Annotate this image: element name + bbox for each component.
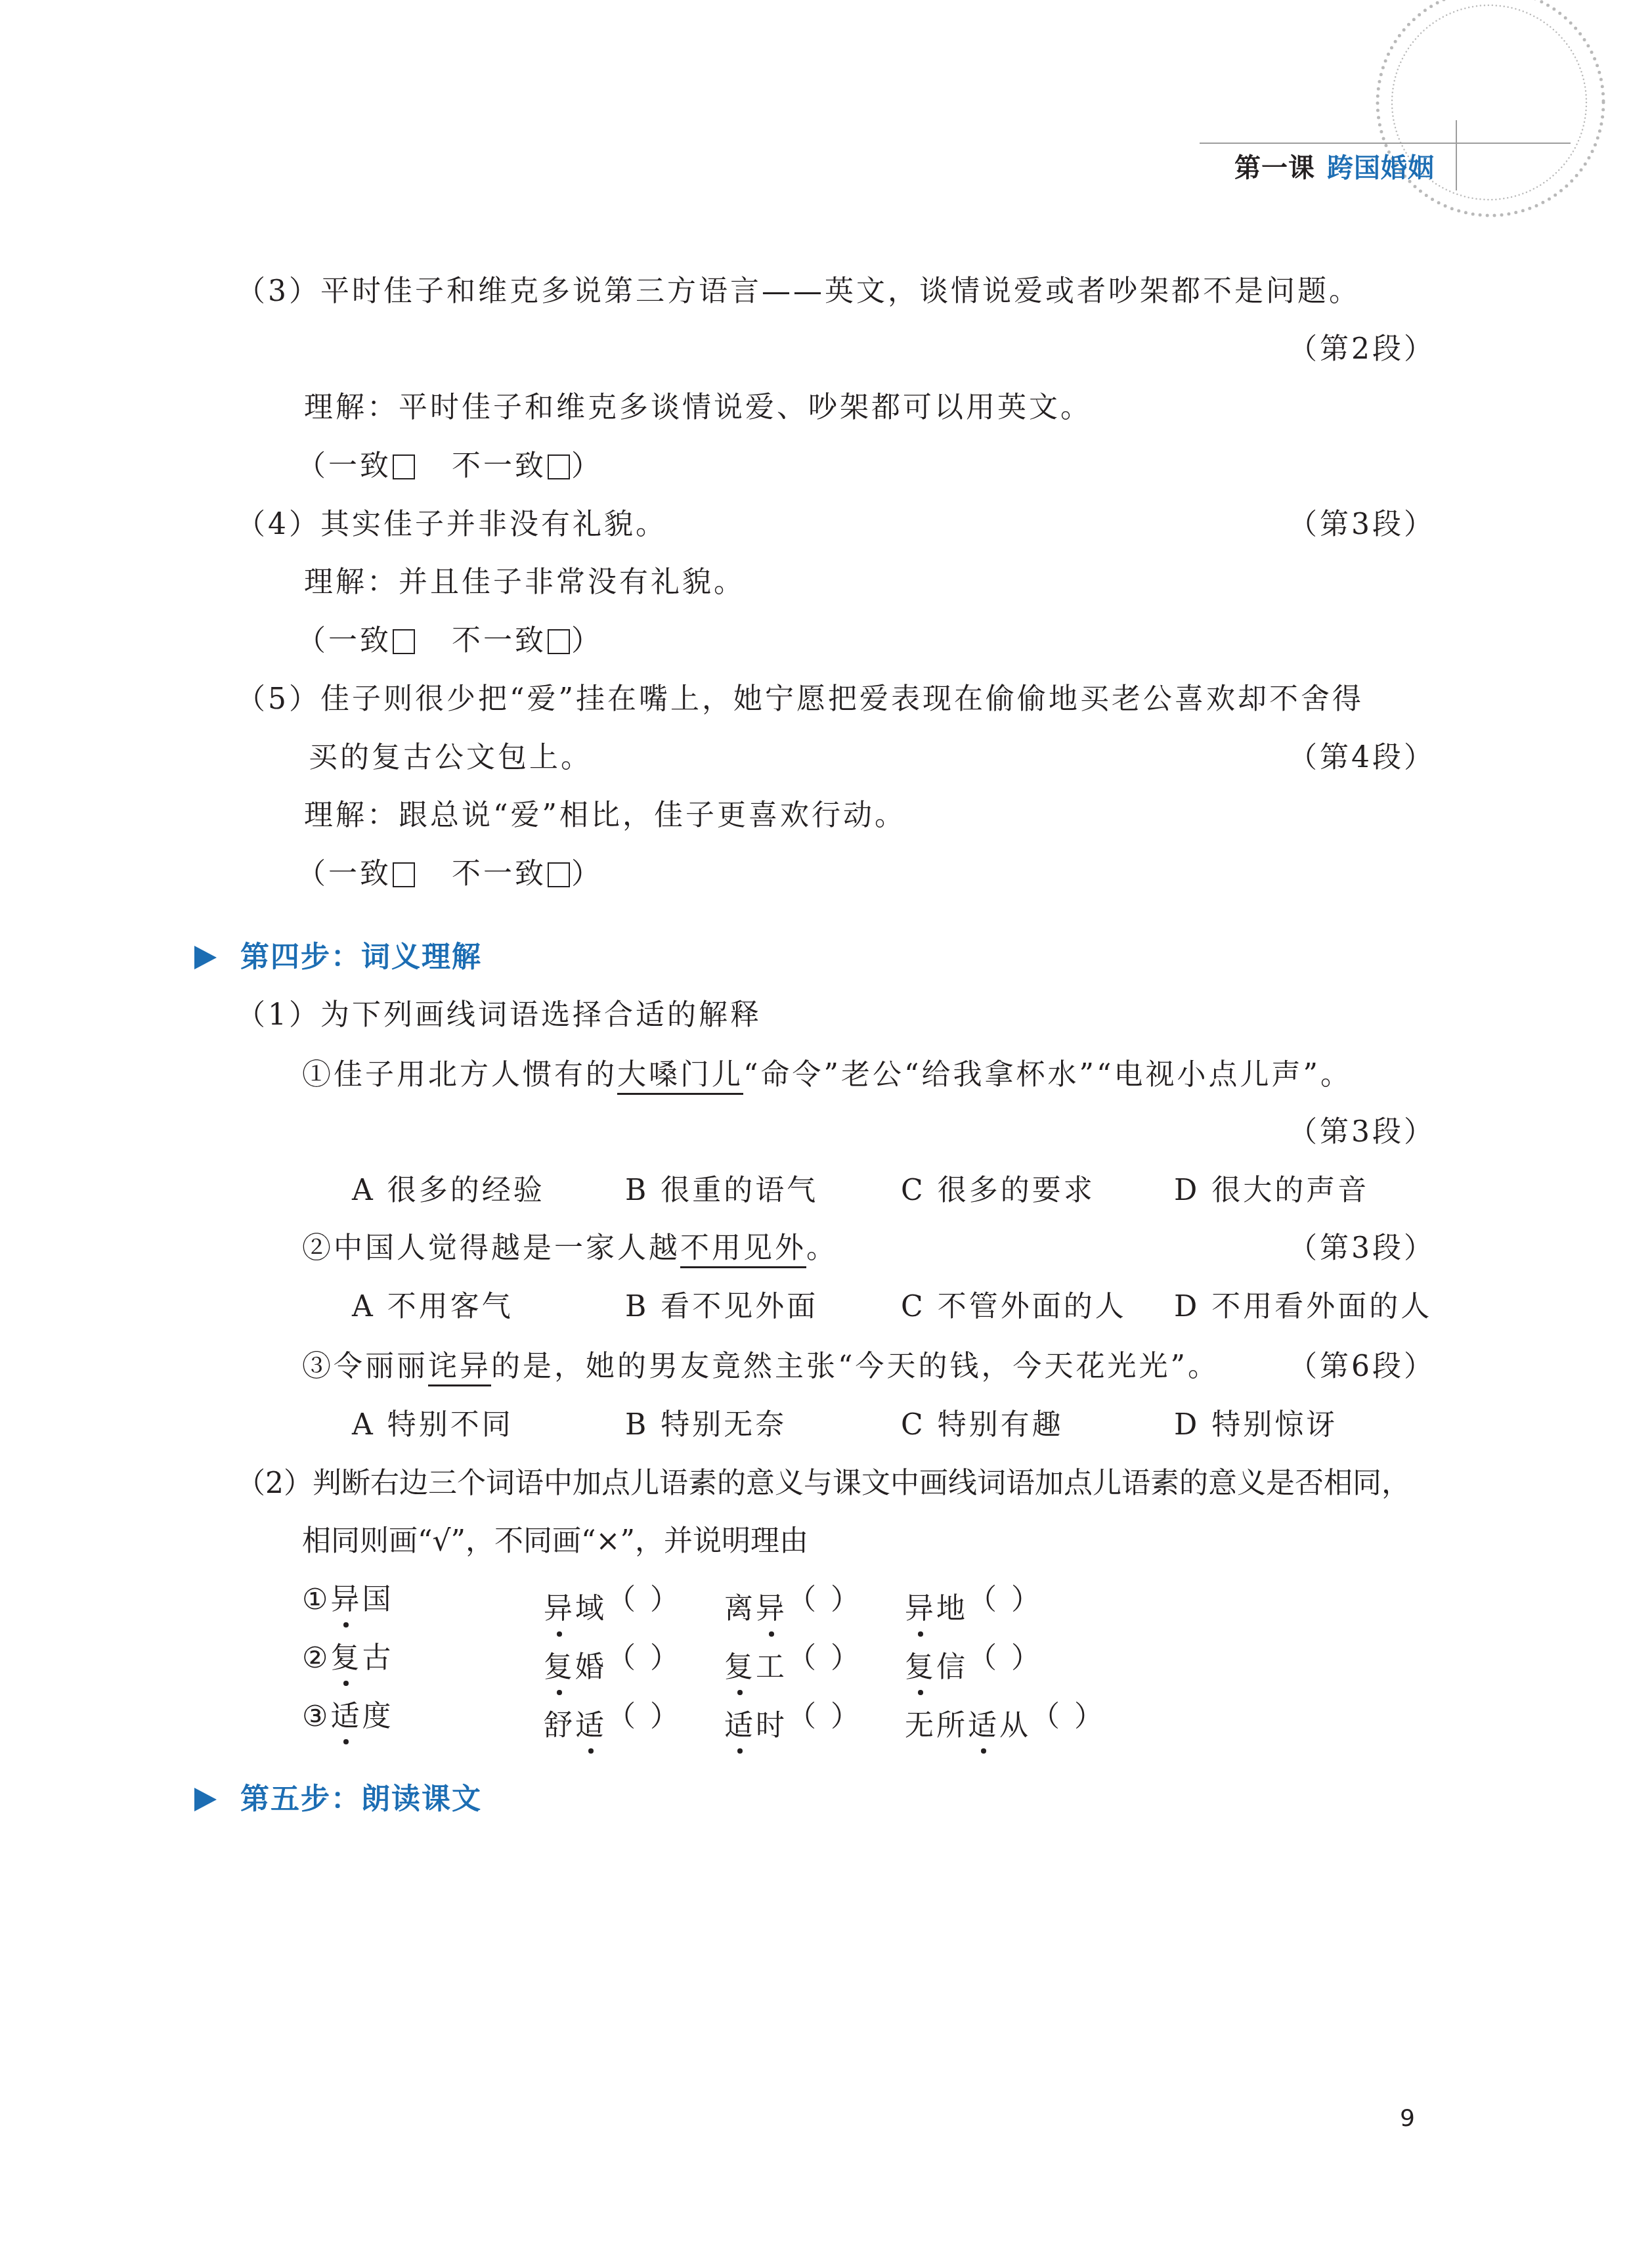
answer-blank[interactable]: （） <box>1031 1698 1103 1735</box>
close-paren: ） <box>1011 1640 1040 1677</box>
option-d[interactable]: D 特别惊讶 <box>1174 1407 1337 1444</box>
answer-blank[interactable]: （） <box>968 1640 1040 1677</box>
triangle-bullet-icon <box>194 946 217 969</box>
paragraph-ref: （第2段） <box>1288 331 1435 368</box>
paragraph-ref: （第3段） <box>1288 506 1435 543</box>
dotted-morpheme: 异 <box>905 1591 936 1627</box>
question-number: ③ <box>302 1350 334 1383</box>
item-3-understanding: 理解：平时佳子和维克多谈情说爱、吵架都可以用英文。 <box>304 389 1092 426</box>
dotted-morpheme: 适 <box>724 1708 756 1744</box>
question-3: ③令丽丽诧异的是，她的男友竟然主张“今天的钱，今天花光光”。 <box>302 1348 1219 1385</box>
word-part: 婚 <box>575 1650 607 1684</box>
header-decoration <box>0 0 1652 263</box>
close-paren: ） <box>571 449 603 483</box>
question-text: “命令”老公“给我拿杯水”“电视小点儿声”。 <box>743 1058 1352 1092</box>
row-number: ① <box>302 1583 330 1616</box>
choice-consistent-label: （一致 <box>297 857 391 891</box>
item-number: （4） <box>236 508 320 541</box>
question-1: ①佳子用北方人惯有的大嗓门儿“命令”老公“给我拿杯水”“电视小点儿声”。 <box>302 1057 1352 1094</box>
underlined-word: 大嗓门儿 <box>617 1058 743 1095</box>
compare-word: 复婚（） <box>544 1640 679 1686</box>
question-text: 中国人觉得越是一家人越 <box>334 1231 680 1265</box>
compare-word: 舒适（） <box>544 1698 679 1744</box>
item-3-sentence: （3）平时佳子和维克多说第三方语言——英文，谈情说爱或者吵架都不是问题。 <box>236 273 1360 310</box>
choice-consistent-label: （一致 <box>297 624 391 657</box>
dotted-morpheme: 复 <box>905 1649 936 1686</box>
morpheme-row-1: ①异国 异域（） 离异（） 异地（） <box>0 1582 1652 1621</box>
question-text: 。 <box>806 1231 838 1265</box>
paragraph-ref: （第6段） <box>1288 1348 1435 1385</box>
consistent-checkbox[interactable] <box>393 629 415 654</box>
close-paren: ） <box>650 1640 679 1677</box>
answer-blank[interactable]: （） <box>787 1698 859 1735</box>
item-number: （3） <box>236 275 320 308</box>
lesson-title: 跨国婚姻 <box>1327 153 1435 183</box>
close-paren: ） <box>571 624 603 657</box>
option-d[interactable]: D 不用看外面的人 <box>1174 1289 1432 1325</box>
row-number: ③ <box>302 1700 330 1733</box>
open-paren: （ <box>968 1582 997 1618</box>
question-text: 的是，她的男友竟然主张“今天的钱，今天花光光”。 <box>491 1350 1219 1383</box>
answer-blank[interactable]: （） <box>787 1640 859 1677</box>
item-5-sentence: （5）佳子则很少把“爱”挂在嘴上，她宁愿把爱表现在偷偷地买老公喜欢却不舍得 <box>236 681 1364 718</box>
target-word: ②复古 <box>302 1640 393 1677</box>
step4-title: 第四步：词义理解 <box>240 941 482 974</box>
option-b[interactable]: B 看不见外面 <box>625 1289 818 1325</box>
underlined-word: 诧异 <box>428 1350 491 1386</box>
word-part: 度 <box>362 1700 393 1733</box>
page-number: 9 <box>1400 2105 1415 2132</box>
choice-inconsistent-label: 不一致 <box>452 624 546 657</box>
part1-instruction: （1）为下列画线词语选择合适的解释 <box>236 997 762 1034</box>
step5-heading: 第五步：朗读课文 <box>194 1781 482 1818</box>
option-c[interactable]: C 很多的要求 <box>901 1172 1095 1209</box>
answer-blank[interactable]: （） <box>607 1640 679 1677</box>
underlined-word: 不用见外 <box>680 1231 806 1268</box>
paragraph-ref: （第4段） <box>1288 740 1435 776</box>
open-paren: （ <box>607 1582 636 1618</box>
word-part: 舒 <box>544 1709 575 1742</box>
target-word: ③适度 <box>302 1698 393 1735</box>
question-2-options: A 不用客气 B 看不见外面 C 不管外面的人 D 不用看外面的人 <box>0 1289 1652 1325</box>
open-paren: （ <box>607 1640 636 1677</box>
step4-heading: 第四步：词义理解 <box>194 939 482 976</box>
part2-instruction: （2）判断右边三个词语中加点儿语素的意义与课文中画线词语加点儿语素的意义是否相同… <box>236 1465 1410 1502</box>
compare-word: 适时（） <box>724 1698 859 1744</box>
close-paren: ） <box>831 1582 859 1618</box>
row-number: ② <box>302 1641 330 1675</box>
item-sentence: 佳子则很少把“爱”挂在嘴上，她宁愿把爱表现在偷偷地买老公喜欢却不舍得 <box>320 682 1364 716</box>
question-text: 令丽丽 <box>334 1350 428 1383</box>
close-paren: ） <box>831 1640 859 1677</box>
open-paren: （ <box>607 1698 636 1735</box>
close-paren: ） <box>571 857 603 891</box>
word-part: 古 <box>362 1641 393 1675</box>
item-number: （5） <box>236 682 320 716</box>
question-text: 佳子用北方人惯有的 <box>334 1058 617 1092</box>
answer-blank[interactable]: （） <box>787 1582 859 1618</box>
open-paren: （ <box>787 1698 816 1735</box>
word-part: 工 <box>756 1650 787 1684</box>
dotted-morpheme: 复 <box>544 1649 575 1686</box>
dotted-morpheme: 适 <box>330 1698 362 1735</box>
word-part: 从 <box>999 1709 1031 1742</box>
part2-instruction-cont: 相同则画“√”，不同画“×”，并说明理由 <box>302 1523 808 1560</box>
dotted-morpheme: 适 <box>968 1708 999 1744</box>
consistent-checkbox[interactable] <box>393 454 415 479</box>
word-part: 域 <box>575 1592 607 1626</box>
word-part: 离 <box>724 1592 756 1626</box>
answer-blank[interactable]: （） <box>607 1582 679 1618</box>
paragraph-ref: （第3段） <box>1288 1230 1435 1267</box>
item-5-choice: （一致 不一致） <box>297 856 603 893</box>
step5-title: 第五步：朗读课文 <box>240 1782 482 1816</box>
dotted-morpheme: 适 <box>575 1708 607 1744</box>
running-header: 第一课跨国婚姻 <box>1234 152 1435 184</box>
question-number: ① <box>302 1058 334 1092</box>
dotted-morpheme: 复 <box>330 1640 362 1677</box>
option-b[interactable]: B 很重的语气 <box>625 1172 818 1209</box>
option-d[interactable]: D 很大的声音 <box>1174 1172 1369 1209</box>
dotted-morpheme: 异 <box>544 1591 575 1627</box>
item-4-understanding: 理解：并且佳子非常没有礼貌。 <box>304 564 745 601</box>
inconsistent-checkbox[interactable] <box>548 862 570 887</box>
target-word: ①异国 <box>302 1582 393 1618</box>
inconsistent-checkbox[interactable] <box>548 629 570 654</box>
option-a[interactable]: A 不用客气 <box>352 1289 513 1325</box>
close-paren: ） <box>1074 1698 1103 1735</box>
consistent-checkbox[interactable] <box>393 862 415 887</box>
close-paren: ） <box>650 1698 679 1735</box>
inconsistent-checkbox[interactable] <box>548 454 570 479</box>
open-paren: （ <box>787 1582 816 1618</box>
morpheme-row-2: ②复古 复婚（） 复工（） 复信（） <box>0 1640 1652 1679</box>
choice-inconsistent-label: 不一致 <box>452 857 546 891</box>
item-3-choice: （一致 不一致） <box>297 448 603 485</box>
answer-blank[interactable]: （） <box>607 1698 679 1735</box>
option-a[interactable]: A 特别不同 <box>352 1407 513 1444</box>
item-sentence: 其实佳子并非没有礼貌。 <box>320 508 667 541</box>
dotted-morpheme: 异 <box>330 1582 362 1618</box>
question-number: ② <box>302 1231 334 1265</box>
close-paren: ） <box>831 1698 859 1735</box>
open-paren: （ <box>968 1640 997 1677</box>
close-paren: ） <box>1011 1582 1040 1618</box>
compare-word: 异域（） <box>544 1582 679 1627</box>
item-4-sentence: （4）其实佳子并非没有礼貌。 <box>236 506 667 543</box>
item-sentence: 平时佳子和维克多说第三方语言——英文，谈情说爱或者吵架都不是问题。 <box>320 275 1360 308</box>
item-5-understanding: 理解：跟总说“爱”相比，佳子更喜欢行动。 <box>304 797 906 834</box>
answer-blank[interactable]: （） <box>968 1582 1040 1618</box>
compare-word: 无所适从（） <box>905 1698 1103 1744</box>
compare-word: 复信（） <box>905 1640 1040 1686</box>
choice-consistent-label: （一致 <box>297 449 391 483</box>
close-paren: ） <box>650 1582 679 1618</box>
compare-word: 复工（） <box>724 1640 859 1686</box>
question-1-options: A 很多的经验 B 很重的语气 C 很多的要求 D 很大的声音 <box>0 1172 1652 1209</box>
paragraph-ref: （第3段） <box>1288 1114 1435 1151</box>
dotted-morpheme: 复 <box>724 1649 756 1686</box>
word-part: 无所 <box>905 1709 968 1742</box>
word-part: 地 <box>936 1592 968 1626</box>
word-part: 信 <box>936 1650 968 1684</box>
item-5-sentence-cont: 买的复古公文包上。 <box>309 740 592 776</box>
word-part: 时 <box>756 1709 787 1742</box>
choice-inconsistent-label: 不一致 <box>452 449 546 483</box>
option-c[interactable]: C 不管外面的人 <box>901 1289 1127 1325</box>
dotted-morpheme: 异 <box>756 1591 787 1627</box>
word-part: 国 <box>362 1583 393 1616</box>
morpheme-row-3: ③适度 舒适（） 适时（） 无所适从（） <box>0 1698 1652 1738</box>
question-3-options: A 特别不同 B 特别无奈 C 特别有趣 D 特别惊讶 <box>0 1407 1652 1444</box>
option-a[interactable]: A 很多的经验 <box>352 1172 545 1209</box>
open-paren: （ <box>1031 1698 1060 1735</box>
option-b[interactable]: B 特别无奈 <box>625 1407 787 1444</box>
compare-word: 异地（） <box>905 1582 1040 1627</box>
option-c[interactable]: C 特别有趣 <box>901 1407 1064 1444</box>
question-2: ②中国人觉得越是一家人越不用见外。 <box>302 1230 838 1267</box>
lesson-number: 第一课 <box>1234 153 1315 183</box>
compare-word: 离异（） <box>724 1582 859 1627</box>
open-paren: （ <box>787 1640 816 1677</box>
item-4-choice: （一致 不一致） <box>297 623 603 659</box>
triangle-bullet-icon <box>194 1788 217 1811</box>
